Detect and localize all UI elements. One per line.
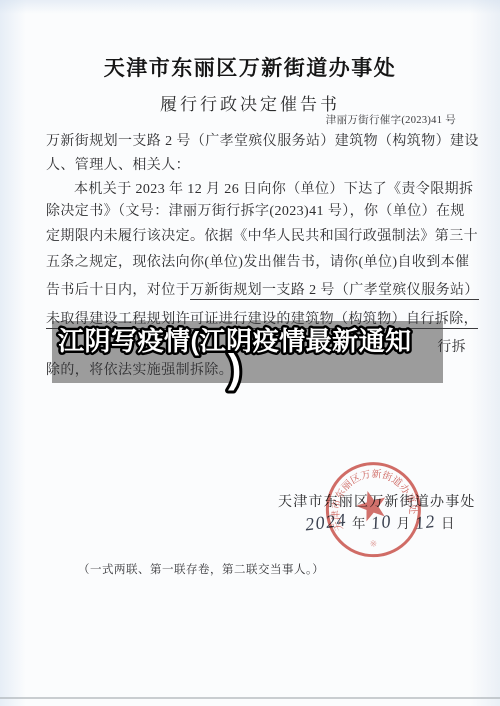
body-line: 五条之规定，现依法向你(单位)发出催告书，请你(单位)自收到本催 (46, 252, 466, 274)
footer-note: （一式两联、第一联存卷，第二联交当事人。） (78, 561, 324, 577)
body-line: 本机关于 2023 年 12 月 26 日向你（单位）下达了《责令限期拆 (46, 179, 466, 201)
body-text: 告书后十日内，对位于 (46, 283, 190, 298)
body-line: 人、管理人、相关人： (46, 155, 466, 177)
body-text: 本机关于 2023 年 12 月 26 日向你（单位）下达了《责令限期拆 (74, 182, 473, 197)
body-text: 人、管理人、相关人： (46, 158, 190, 173)
body-line: 定期限内未履行该决定。依据《中华人民共和国行政强制法》第三十 (46, 226, 466, 248)
watermark-title: 江阴写疫情(江阴疫情最新通知 ) (50, 314, 452, 394)
underlined-text: 万新街规划一支路 2 号（广孝堂殡仪服务站） (190, 283, 479, 300)
seal-bottom-mark: ※ (369, 538, 378, 549)
body-text: 万新街规划一支路 2 号（广孝堂殡仪服务站）建筑物（构筑物）建设 (46, 134, 479, 149)
seal-star-icon (353, 487, 390, 523)
scanned-document-page: { "header": { "issuer_title": "天津市东丽区万新街… (0, 0, 500, 706)
body-text: 定期限内未履行该决定。依据《中华人民共和国行政强制法》第三十 (46, 229, 478, 244)
watermark-title-line2: ) (228, 347, 241, 391)
body-text: 五条之规定，现依法向你(单位)发出催告书，请你(单位)自收到本催 (46, 255, 469, 270)
page-edge-line (0, 697, 500, 699)
body-text: 除决定书》（文号：津丽万街行拆字(2023)41 号），你（单位）在规 (46, 204, 465, 219)
body-line: 除决定书》（文号：津丽万街行拆字(2023)41 号），你（单位）在规 (46, 201, 466, 223)
body-line: 告书后十日内，对位于万新街规划一支路 2 号（广孝堂殡仪服务站） (46, 280, 466, 302)
body-line: 万新街规划一支路 2 号（广孝堂殡仪服务站）建筑物（构筑物）建设 (46, 131, 466, 153)
